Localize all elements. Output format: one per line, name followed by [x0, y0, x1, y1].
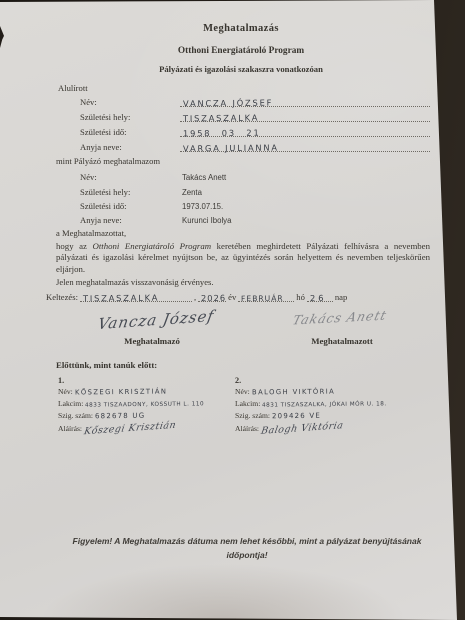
date-day-suffix: nap [333, 292, 349, 302]
field-label: Anyja neve: [80, 215, 180, 225]
witness-number: 2. [235, 376, 419, 385]
undersigned-label: Alulírott [58, 83, 88, 93]
photo-of-document: { "doc": { "title": "Meghatalmazás", "pr… [0, 0, 465, 620]
witness-signature-label: Aláírás: [235, 424, 259, 433]
field-label: Születési hely: [80, 112, 180, 122]
witness-signature-row: Aláírás: Kőszegi Krisztián [58, 423, 242, 439]
field-principal-name: Név: VANCZA JÓZSEF [80, 95, 430, 107]
handwritten-witness-address: 4831 TISZASZALKA, JÓKAI MÓR U. 18. [262, 401, 387, 408]
body-text-pre: hogy az [56, 241, 93, 251]
document-content: Meghatalmazás Otthoni Energiatároló Prog… [50, 0, 432, 620]
witness-id-label: Szig. szám: [58, 411, 93, 420]
date-month-suffix: hó [294, 292, 307, 302]
field-principal-birthplace: Születési hely: TISZASZALKA [80, 110, 430, 122]
field-label: Születési idő: [80, 127, 180, 137]
handwritten-year: 2026 [201, 293, 226, 303]
handwritten-day: 26 [310, 293, 327, 303]
handwritten-value: TISZASZALKA [183, 113, 259, 124]
witness-address-label: Lakcim: [58, 399, 83, 408]
date-month-dots: FEBRUÁR [238, 291, 294, 302]
handwritten-witness-id: 209426 VE [272, 412, 321, 421]
printed-value: Takács Anett [182, 173, 226, 182]
witness-signature-row: Aláírás: Balogh Viktória [235, 423, 419, 439]
body-paragraph: hogy az Otthoni Energiatároló Program ke… [56, 241, 430, 275]
field-agent-mother: Anyja neve: Kurunci Ibolya [80, 213, 430, 225]
witness-1-block: 1. Név: KŐSZEGI KRISZTIÁN Lakcim: 4833 T… [58, 376, 242, 439]
witness-address-row: Lakcim: 4831 TISZASZALKA, JÓKAI MÓR U. 1… [235, 399, 419, 411]
witness-name-label: Név: [235, 387, 250, 396]
dotted-line: VARGA JULIANNA [180, 141, 430, 152]
witness-address-row: Lakcim: 4833 TISZAADONY, KOSSUTH L. 110 [58, 399, 242, 411]
document-subtitle: Pályázati és igazolási szakaszra vonatko… [50, 64, 432, 74]
date-year-dots: 2026 [198, 291, 226, 302]
handwritten-witness-id: 682678 UG [95, 412, 145, 421]
agent-signature: Takács Anett [293, 309, 387, 327]
handwritten-witness-name: BALOGH VIKTÓRIA [252, 388, 335, 397]
handwritten-month: FEBRUÁR [241, 294, 284, 303]
handwritten-witness-address: 4833 TISZAADONY, KOSSUTH L. 110 [85, 401, 204, 408]
printed-value-area: 1973.07.15. [180, 200, 430, 211]
witness-signature-script: Kőszegi Krisztián [83, 420, 177, 438]
printed-value: 1973.07.15. [182, 202, 223, 211]
warning-notice: Figyelem! A Meghatalmazás dátuma nem leh… [72, 534, 422, 562]
document-title: Meghatalmazás [50, 23, 432, 34]
handwritten-place: TISZASZALKA [83, 293, 159, 304]
paper-sheet: Meghatalmazás Otthoni Energiatároló Prog… [0, 0, 465, 620]
field-label: Név: [80, 97, 180, 107]
field-label: Születési idő: [80, 201, 180, 211]
date-label: Keltezés: [44, 292, 80, 302]
dotted-line: TISZASZALKA [180, 111, 430, 122]
field-principal-mother: Anyja neve: VARGA JULIANNA [80, 140, 430, 152]
field-agent-birthplace: Születési hely: Zenta [80, 185, 430, 197]
printed-value-area: Kurunci Ibolya [180, 214, 430, 225]
witnesses-header: Előttünk, mint tanúk előtt: [56, 360, 157, 370]
program-name: Otthoni Energiatároló Program [50, 46, 432, 56]
signature-script-right: Takács Anett [291, 307, 389, 327]
as-applicant-line: mint Pályázó meghatalmazom [56, 156, 160, 166]
witness-name-label: Név: [58, 387, 73, 396]
dotted-line: VANCZA JÓZSEF [180, 96, 430, 107]
body-text-program-italic: Otthoni Energiatároló Program [93, 241, 212, 251]
handwritten-value: VARGA JULIANNA [183, 142, 279, 153]
validity-line: Jelen meghatalmazás visszavonásig érvény… [56, 277, 214, 287]
witness-address-label: Lakcim: [235, 399, 260, 408]
dotted-line: 1958 03 21 [180, 126, 430, 137]
date-line: Keltezés: TISZASZALKA , 2026 év FEBRUÁR … [44, 291, 430, 302]
date-place-dots: TISZASZALKA [80, 291, 192, 302]
witness-signature-script: Balogh Viktória [260, 420, 344, 437]
witness-signature-label: Aláírás: [58, 424, 82, 433]
printed-value: Kurunci Ibolya [182, 216, 231, 225]
principal-signature-label: Meghatalmazó [87, 336, 217, 346]
handwritten-value: 1958 03 21 [183, 128, 261, 139]
handwritten-value: VANCZA JÓZSEF [183, 98, 273, 109]
field-principal-birthdate: Születési idő: 1958 03 21 [80, 125, 430, 137]
witness-number: 1. [58, 376, 242, 385]
field-agent-birthdate: Születési idő: 1973.07.15. [80, 199, 430, 211]
agent-signature-label: Meghatalmazott [277, 336, 407, 346]
witness-id-label: Szig. szám: [235, 411, 270, 420]
witness-2-block: 2. Név: BALOGH VIKTÓRIA Lakcim: 4831 TIS… [235, 376, 419, 439]
field-agent-name: Név: Takács Anett [80, 170, 430, 182]
date-year-suffix: év [226, 292, 238, 302]
principal-signature: Vancza József [98, 311, 214, 330]
authorized-party-line: a Meghatalmazottat, [56, 228, 126, 238]
witness-name-row: Név: KŐSZEGI KRISZTIÁN [58, 387, 242, 399]
printed-value-area: Takács Anett [180, 171, 430, 182]
field-label: Születési hely: [80, 187, 180, 197]
printed-value-area: Zenta [180, 186, 430, 197]
date-day-dots: 26 [307, 291, 333, 302]
handwritten-witness-name: KŐSZEGI KRISZTIÁN [75, 388, 167, 397]
printed-value: Zenta [182, 188, 202, 197]
signature-script-left: Vancza József [97, 307, 216, 333]
field-label: Anyja neve: [80, 142, 180, 152]
witness-name-row: Név: BALOGH VIKTÓRIA [235, 387, 419, 399]
field-label: Név: [80, 172, 180, 182]
